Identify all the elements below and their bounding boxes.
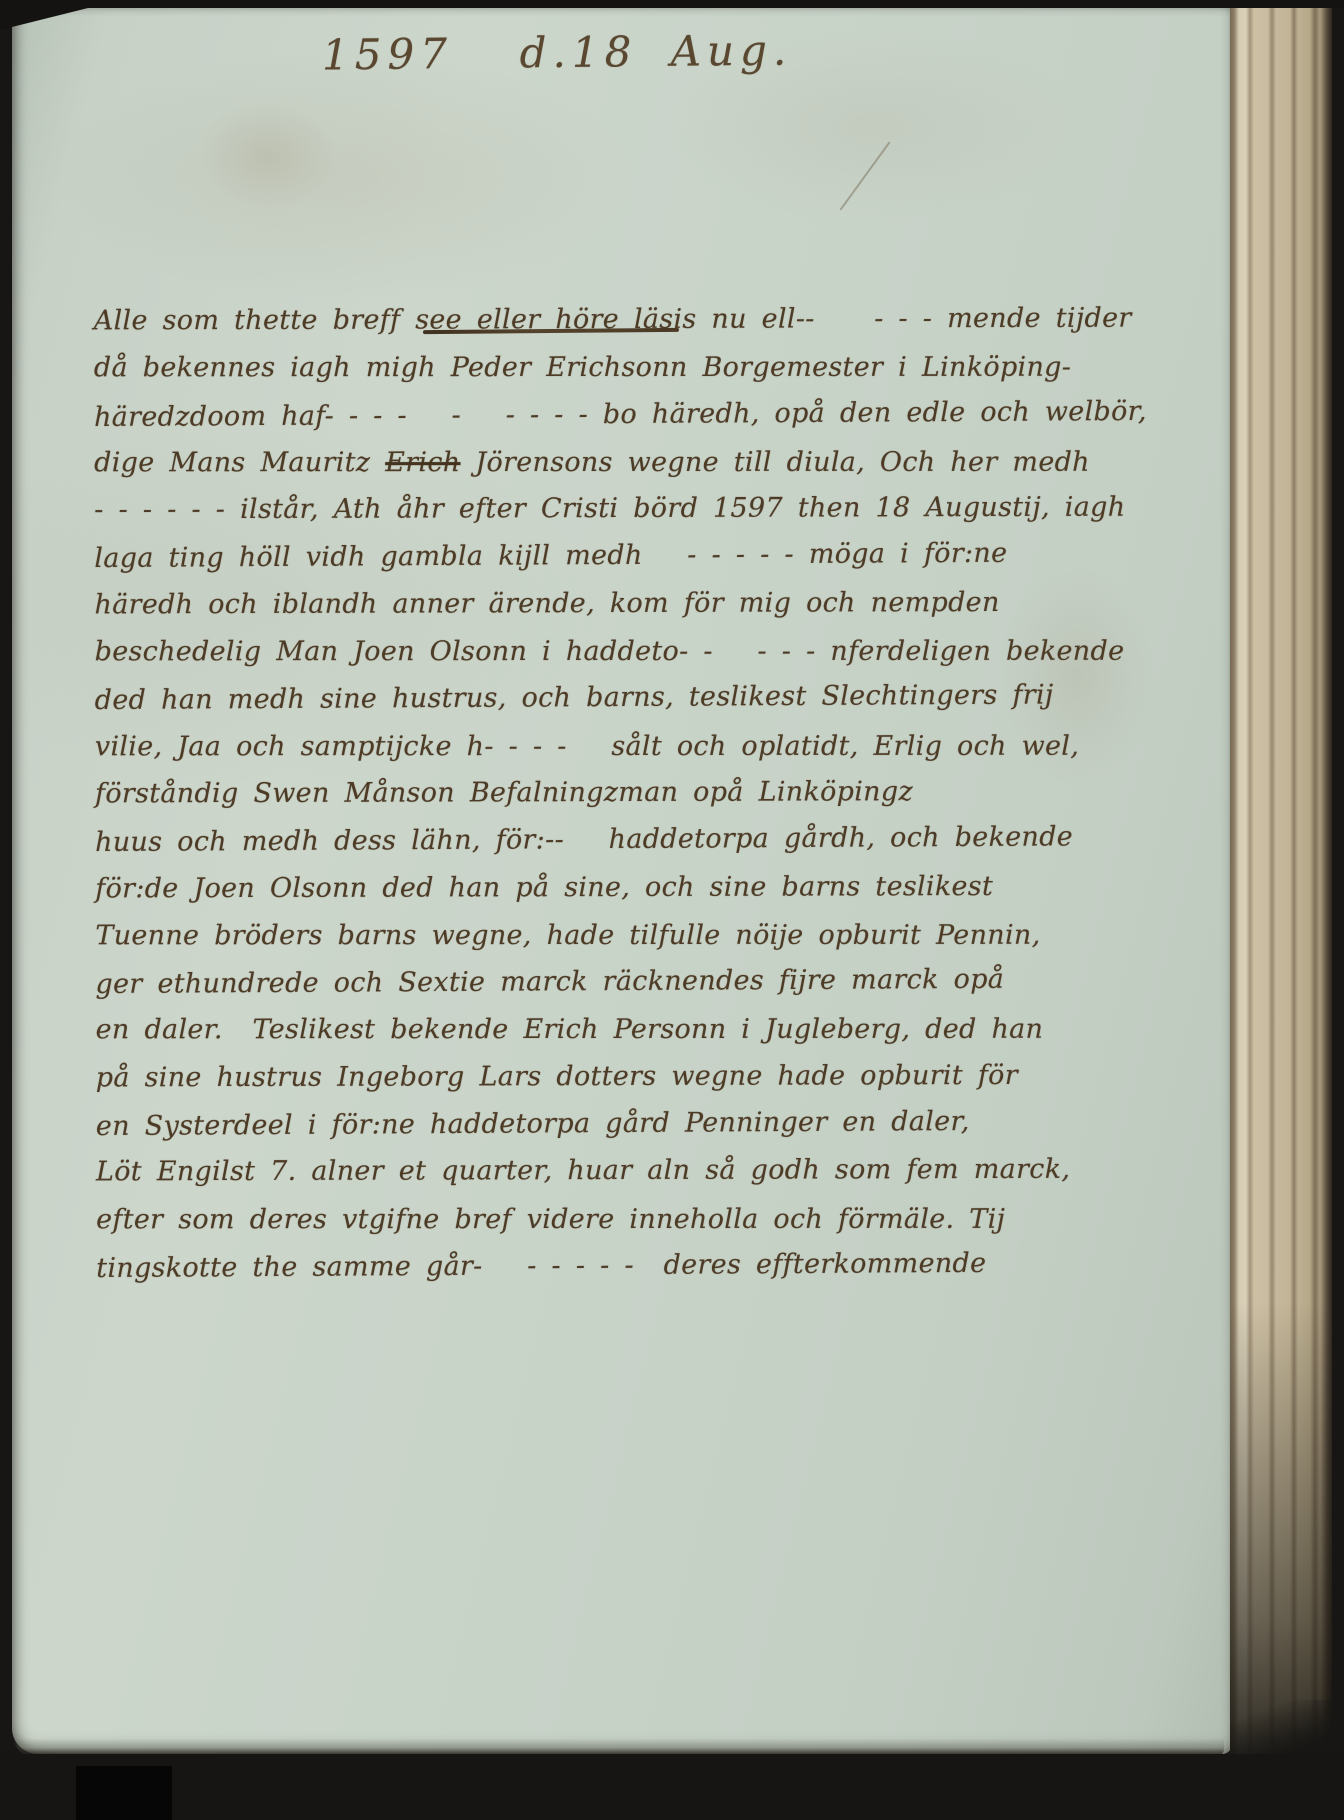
manuscript-line: en daler. Teslikest bekende Erich Person… [96,1006,1136,1054]
date-heading: 1597 d.18 Aug. [322,26,793,80]
manuscript-line: för:de Joen Olsonn ded han på sine, och … [95,862,1135,912]
manuscript-text: Alle som thette breff see eller höre läs… [94,295,1137,1291]
manuscript-line: ded han medh sine hustrus, och barns, te… [95,671,1135,724]
scanner-background-bottom [0,1754,1344,1820]
manuscript-line: - - - - - - ilstår, Ath åhr efter Cristi… [94,484,1134,534]
manuscript-scan: 1597 d.18 Aug. Alle som thette breff see… [0,0,1344,1820]
manuscript-line: tingskotte the samme går- - - - - - dere… [96,1239,1136,1292]
struck-word: Erich [385,447,460,478]
manuscript-line: Alle som thette breff see eller höre läs… [94,295,1134,345]
manuscript-line: laga ting höll vidh gambla kijll medh - … [94,529,1134,582]
manuscript-line: då bekennes iagh migh Peder Erichsonn Bo… [94,344,1134,392]
black-corner-marker [76,1766,172,1820]
manuscript-line: Tuenne bröders barns wegne, hade tilfull… [95,912,1135,960]
manuscript-line: på sine hustrus Ingeborg Lars dotters we… [96,1051,1136,1101]
manuscript-line: en Systerdeel i för:ne haddetorpa gård P… [96,1097,1136,1150]
book-fore-edge-pages [1230,0,1332,1758]
manuscript-line: efter som deres vtgifne bref videre inne… [96,1195,1136,1243]
paper-crease [840,141,891,210]
manuscript-line: häredzdoom haf- - - - - - - - - bo häred… [94,388,1134,441]
manuscript-line: förståndig Swen Månson Befalningzman opå… [95,768,1135,818]
line-segment: Jörensons wegne till diula, Och her medh [460,447,1089,478]
manuscript-line: ger ethundrede och Sextie marck räcknend… [95,955,1135,1008]
manuscript-line: häredh och iblandh anner ärende, kom för… [94,578,1134,628]
manuscript-line-with-strikethrough: dige Mans Mauritz Erich Jörensons wegne … [94,439,1134,487]
manuscript-line: huus och medh dess lähn, för:-- haddetor… [95,813,1135,866]
scanner-background-top [0,0,1344,8]
manuscript-line: Löt Engilst 7. alner et quarter, huar al… [96,1146,1136,1196]
paper-stain [197,101,337,211]
manuscript-line: vilie, Jaa och samptijcke h- - - - sålt … [95,722,1135,770]
line-segment: dige Mans Mauritz [94,447,385,478]
manuscript-line: beschedelig Man Joen Olsonn i haddeto- -… [95,628,1135,676]
